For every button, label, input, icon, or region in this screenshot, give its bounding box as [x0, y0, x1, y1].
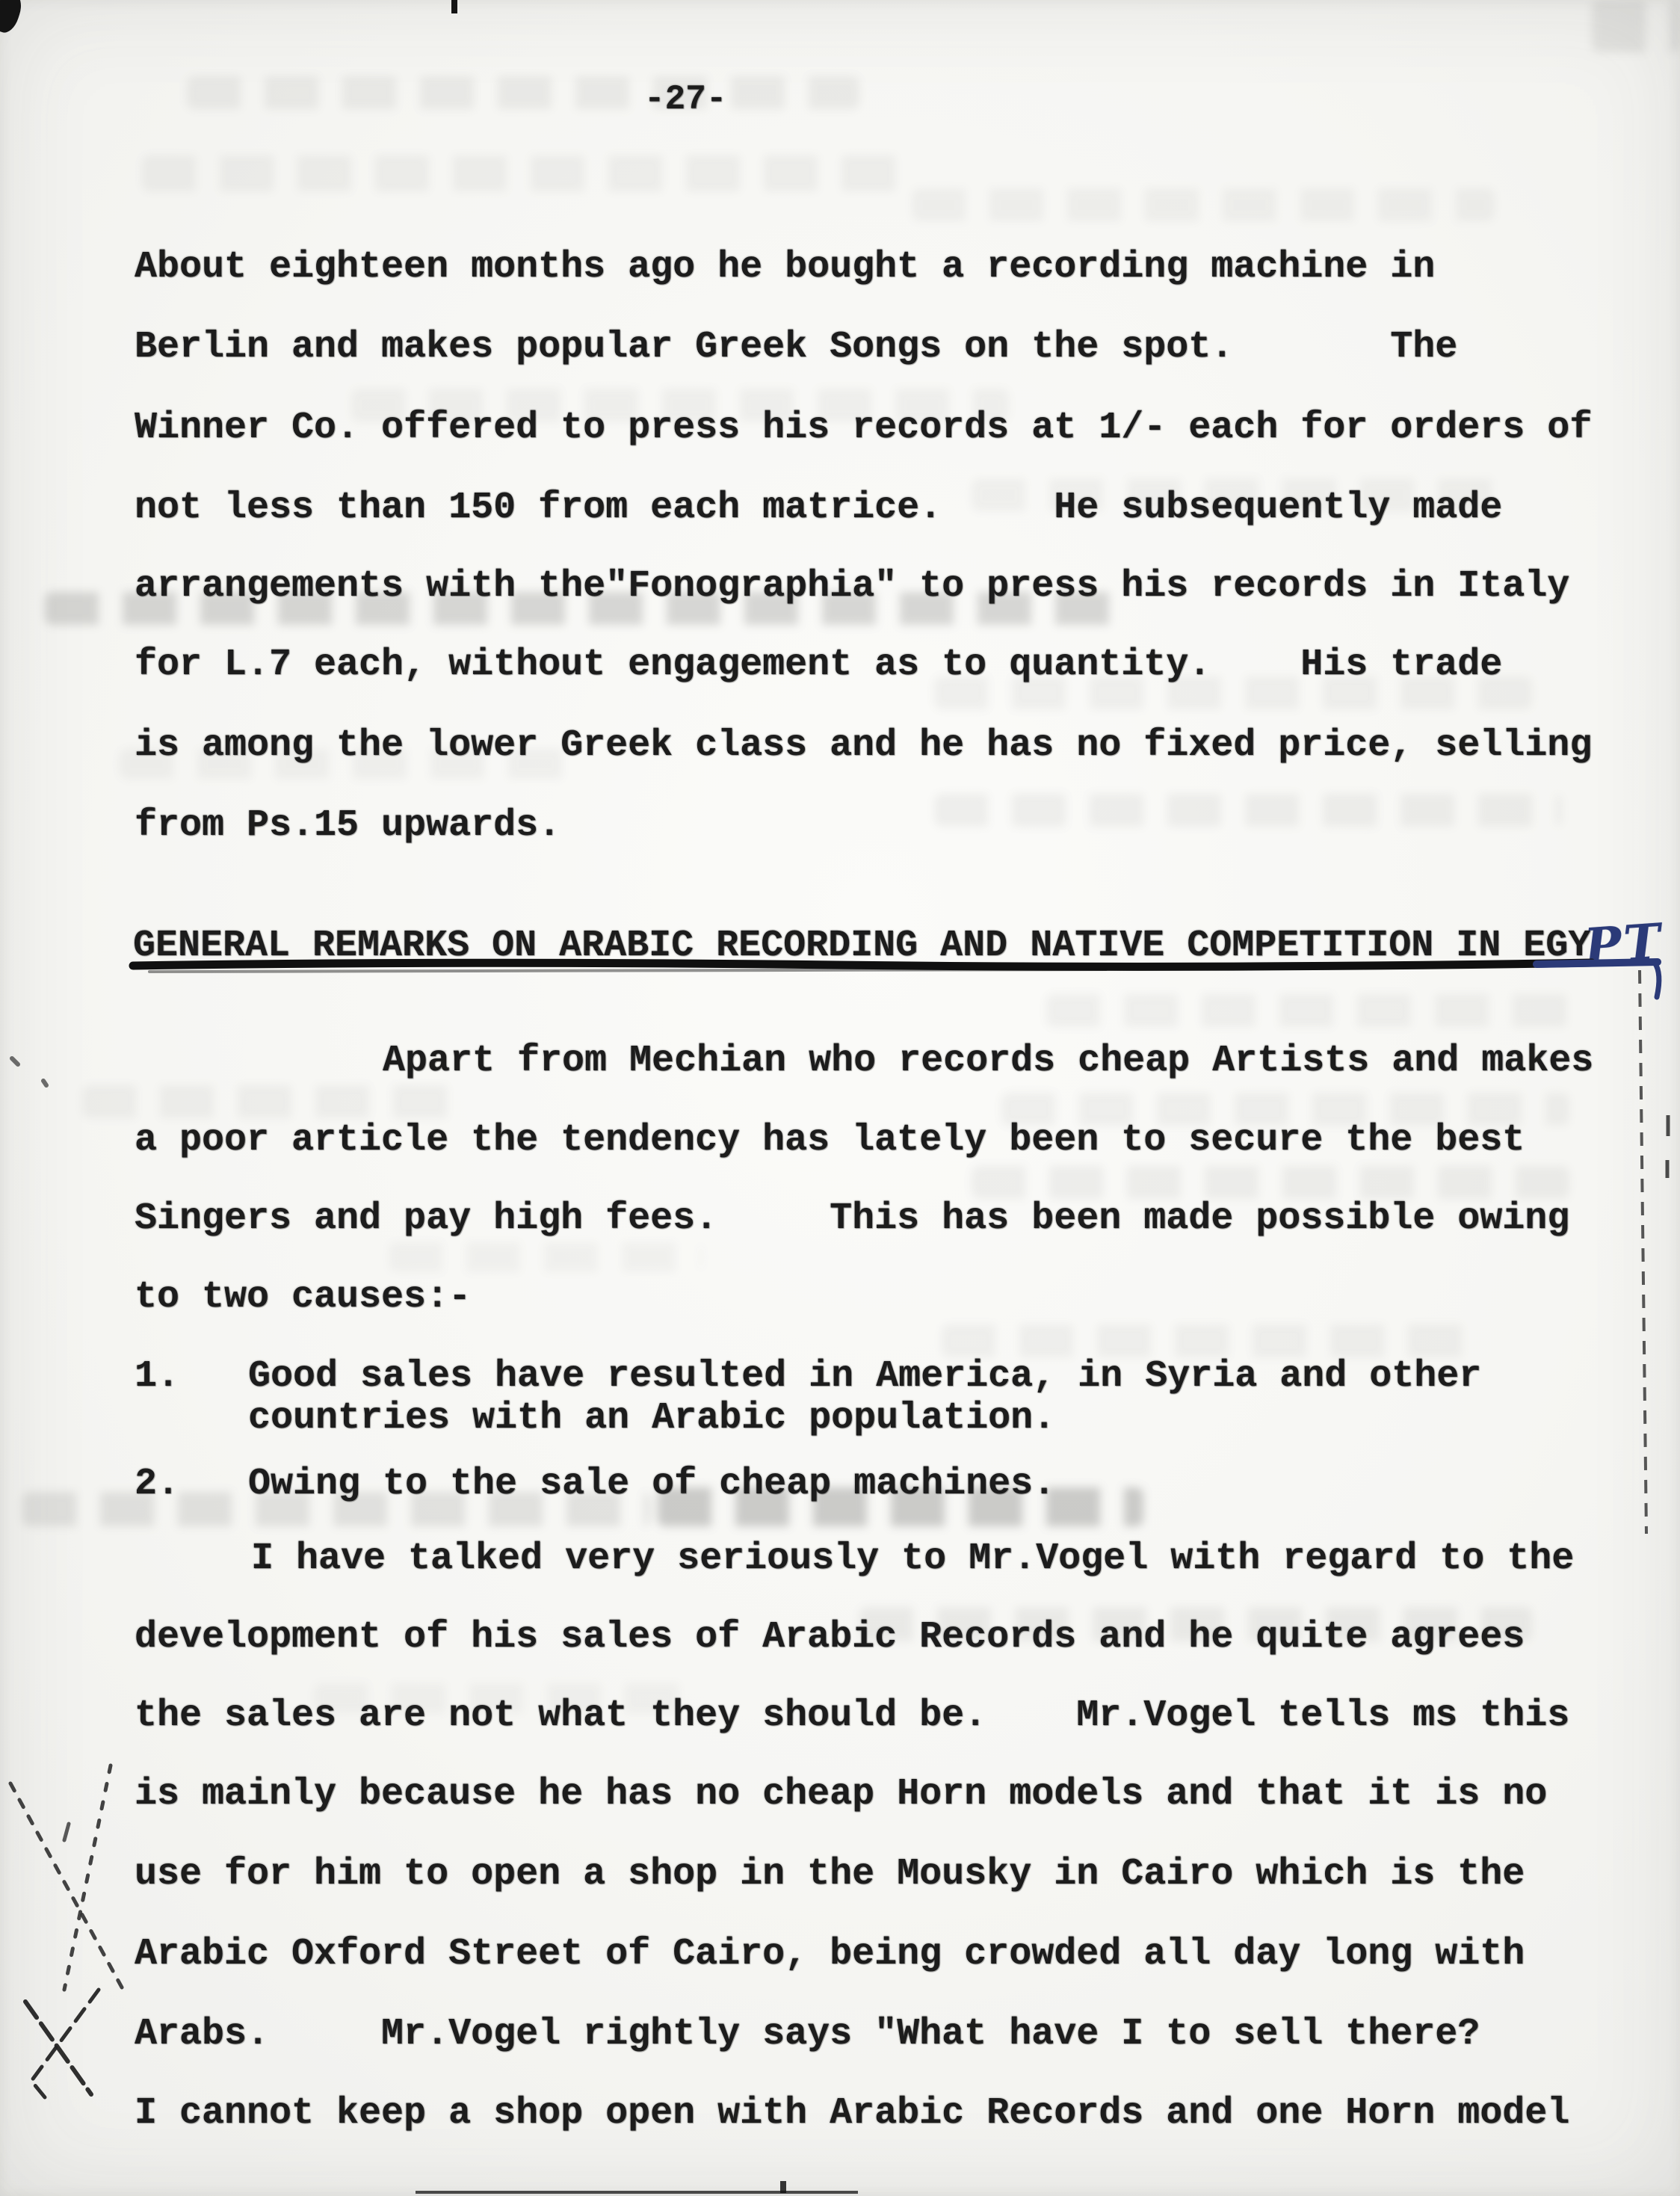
typed-line: countries with an Arabic population. [248, 1398, 1055, 1440]
scan-artifact [416, 2191, 858, 2194]
typed-line: Owing to the sale of cheap machines. [248, 1464, 1055, 1505]
typed-line: Arabic Oxford Street of Cairo, being cro… [135, 1934, 1525, 1976]
bleed-through-smudge [389, 1242, 702, 1272]
typed-line: a poor article the tendency has lately b… [135, 1120, 1525, 1162]
bleed-through-smudge [187, 76, 859, 109]
bleed-through-smudge [972, 1166, 1569, 1199]
typed-line: Arabs. Mr.Vogel rightly says "What have … [135, 2014, 1480, 2055]
typed-line: I cannot keep a shop open with Arabic Re… [135, 2093, 1569, 2135]
scan-artifact [451, 0, 457, 13]
typed-line: Berlin and makes popular Greek Songs on … [135, 327, 1457, 368]
list-item-number: 1. [135, 1356, 179, 1398]
typed-line: Winner Co. offered to press his records … [135, 407, 1592, 449]
typed-line: for L.7 each, without engagement as to q… [135, 644, 1502, 686]
typed-line: is mainly because he has no cheap Horn m… [135, 1774, 1547, 1816]
section-heading: GENERAL REMARKS ON ARABIC RECORDING AND … [133, 925, 1590, 967]
scan-artifact [0, 0, 25, 36]
pencil-x-mark [10, 1783, 126, 1994]
bleed-through-smudge [82, 1085, 471, 1118]
typed-line: the sales are not what they should be. M… [135, 1695, 1569, 1737]
typed-line: is among the lower Greek class and he ha… [135, 725, 1592, 767]
typed-line: About eighteen months ago he bought a re… [135, 247, 1435, 289]
typed-line: from Ps.15 upwards. [135, 805, 560, 847]
right-margin-line [1640, 970, 1646, 1534]
page-number: -27- [644, 81, 726, 120]
bleed-through-smudge [1046, 994, 1569, 1027]
typed-line: use for him to open a shop in the Mousky… [135, 1854, 1525, 1896]
bleed-through-smudge [912, 188, 1495, 221]
bleed-through-smudge [1592, 0, 1680, 52]
pencil-x-mark [64, 1765, 111, 1990]
typed-line: Good sales have resulted in America, in … [248, 1356, 1481, 1398]
typed-line: development of his sales of Arabic Recor… [135, 1617, 1525, 1659]
pencil-x-mark [25, 2002, 91, 2094]
typed-line: to two causes:- [135, 1277, 471, 1318]
typed-line: Singers and pay high fees. This has been… [135, 1198, 1569, 1240]
typed-line: I have talked very seriously to Mr.Vogel… [251, 1538, 1574, 1580]
typed-line: arrangements with the"Fonographia" to pr… [135, 566, 1569, 608]
typed-line: not less than 150 from each matrice. He … [135, 487, 1502, 529]
scan-artifact [780, 2181, 786, 2193]
list-item-number: 2. [135, 1464, 179, 1505]
scanned-typewritten-page: -27- About eighteen months ago he bought… [0, 0, 1680, 2196]
bleed-through-smudge [142, 155, 904, 191]
typed-line: Apart from Mechian who records cheap Art… [383, 1040, 1593, 1082]
pencil-x-mark [31, 1990, 99, 2097]
bleed-through-smudge [934, 794, 1562, 827]
bleed-through-smudge [942, 1324, 1480, 1357]
pen-annotation: PT [1582, 912, 1664, 975]
